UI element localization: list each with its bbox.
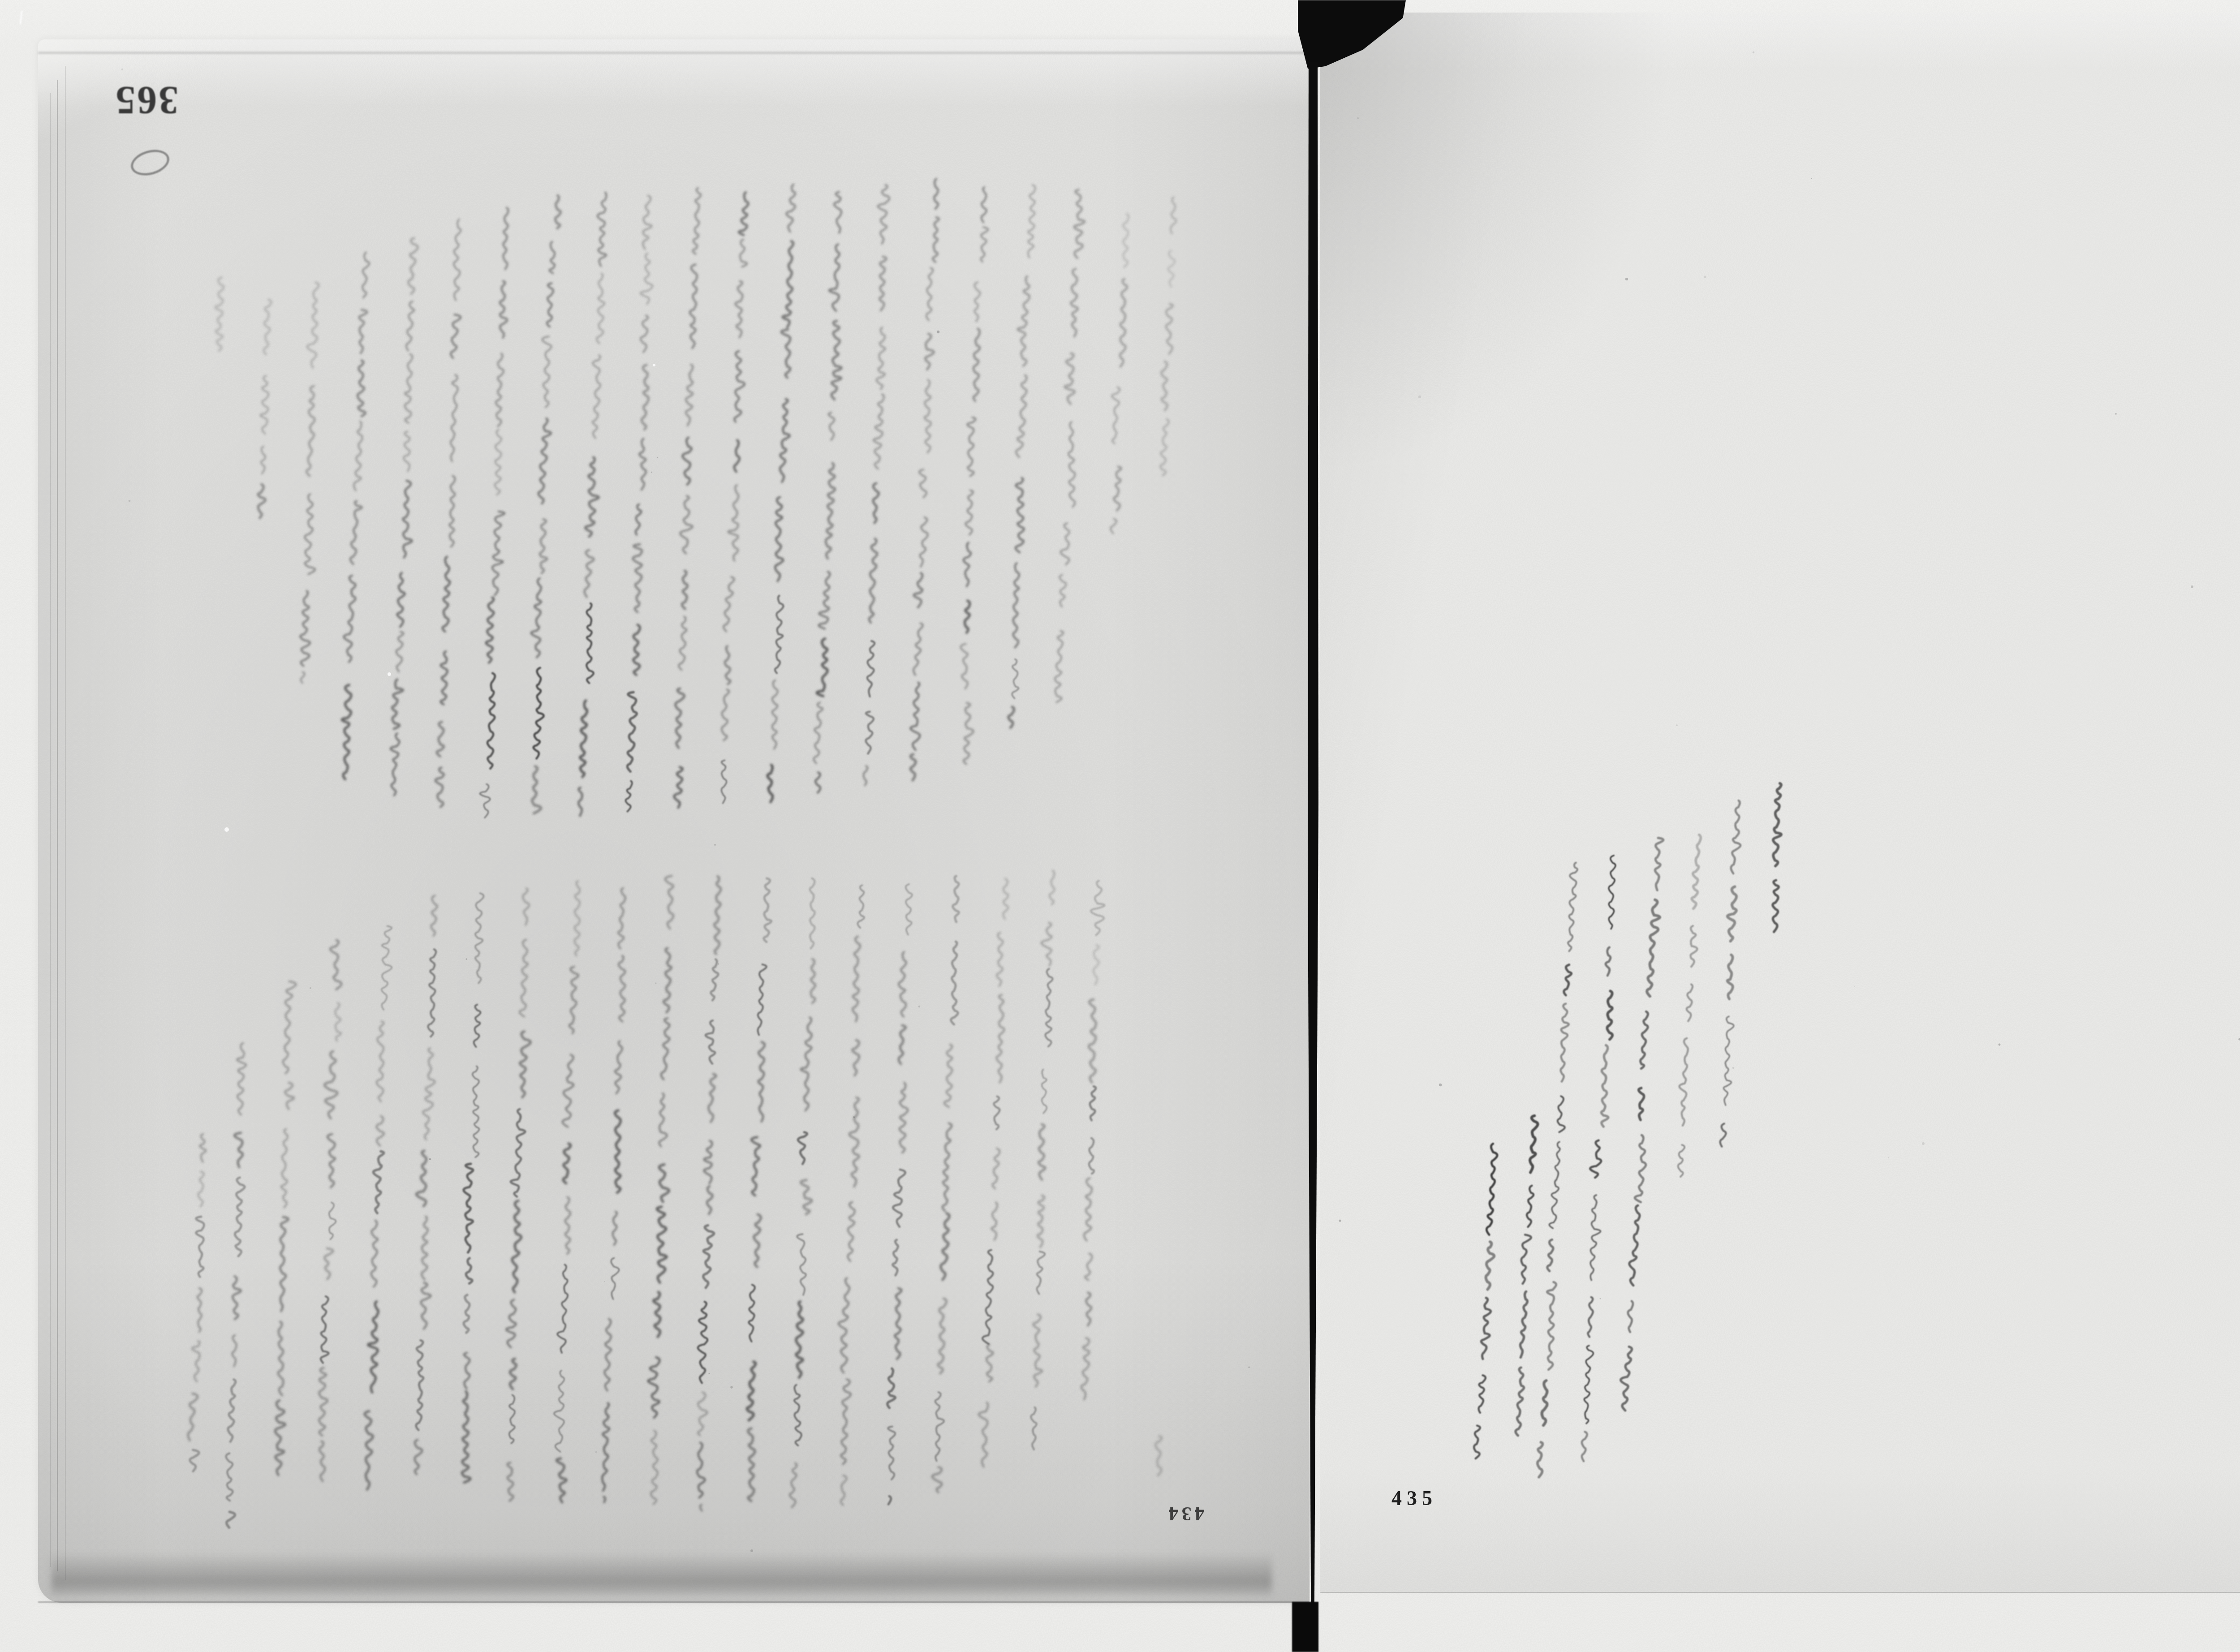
scanned-spread: 365 434 366 435 — [0, 0, 2240, 1652]
paper-grain-overlay — [0, 0, 2240, 1652]
